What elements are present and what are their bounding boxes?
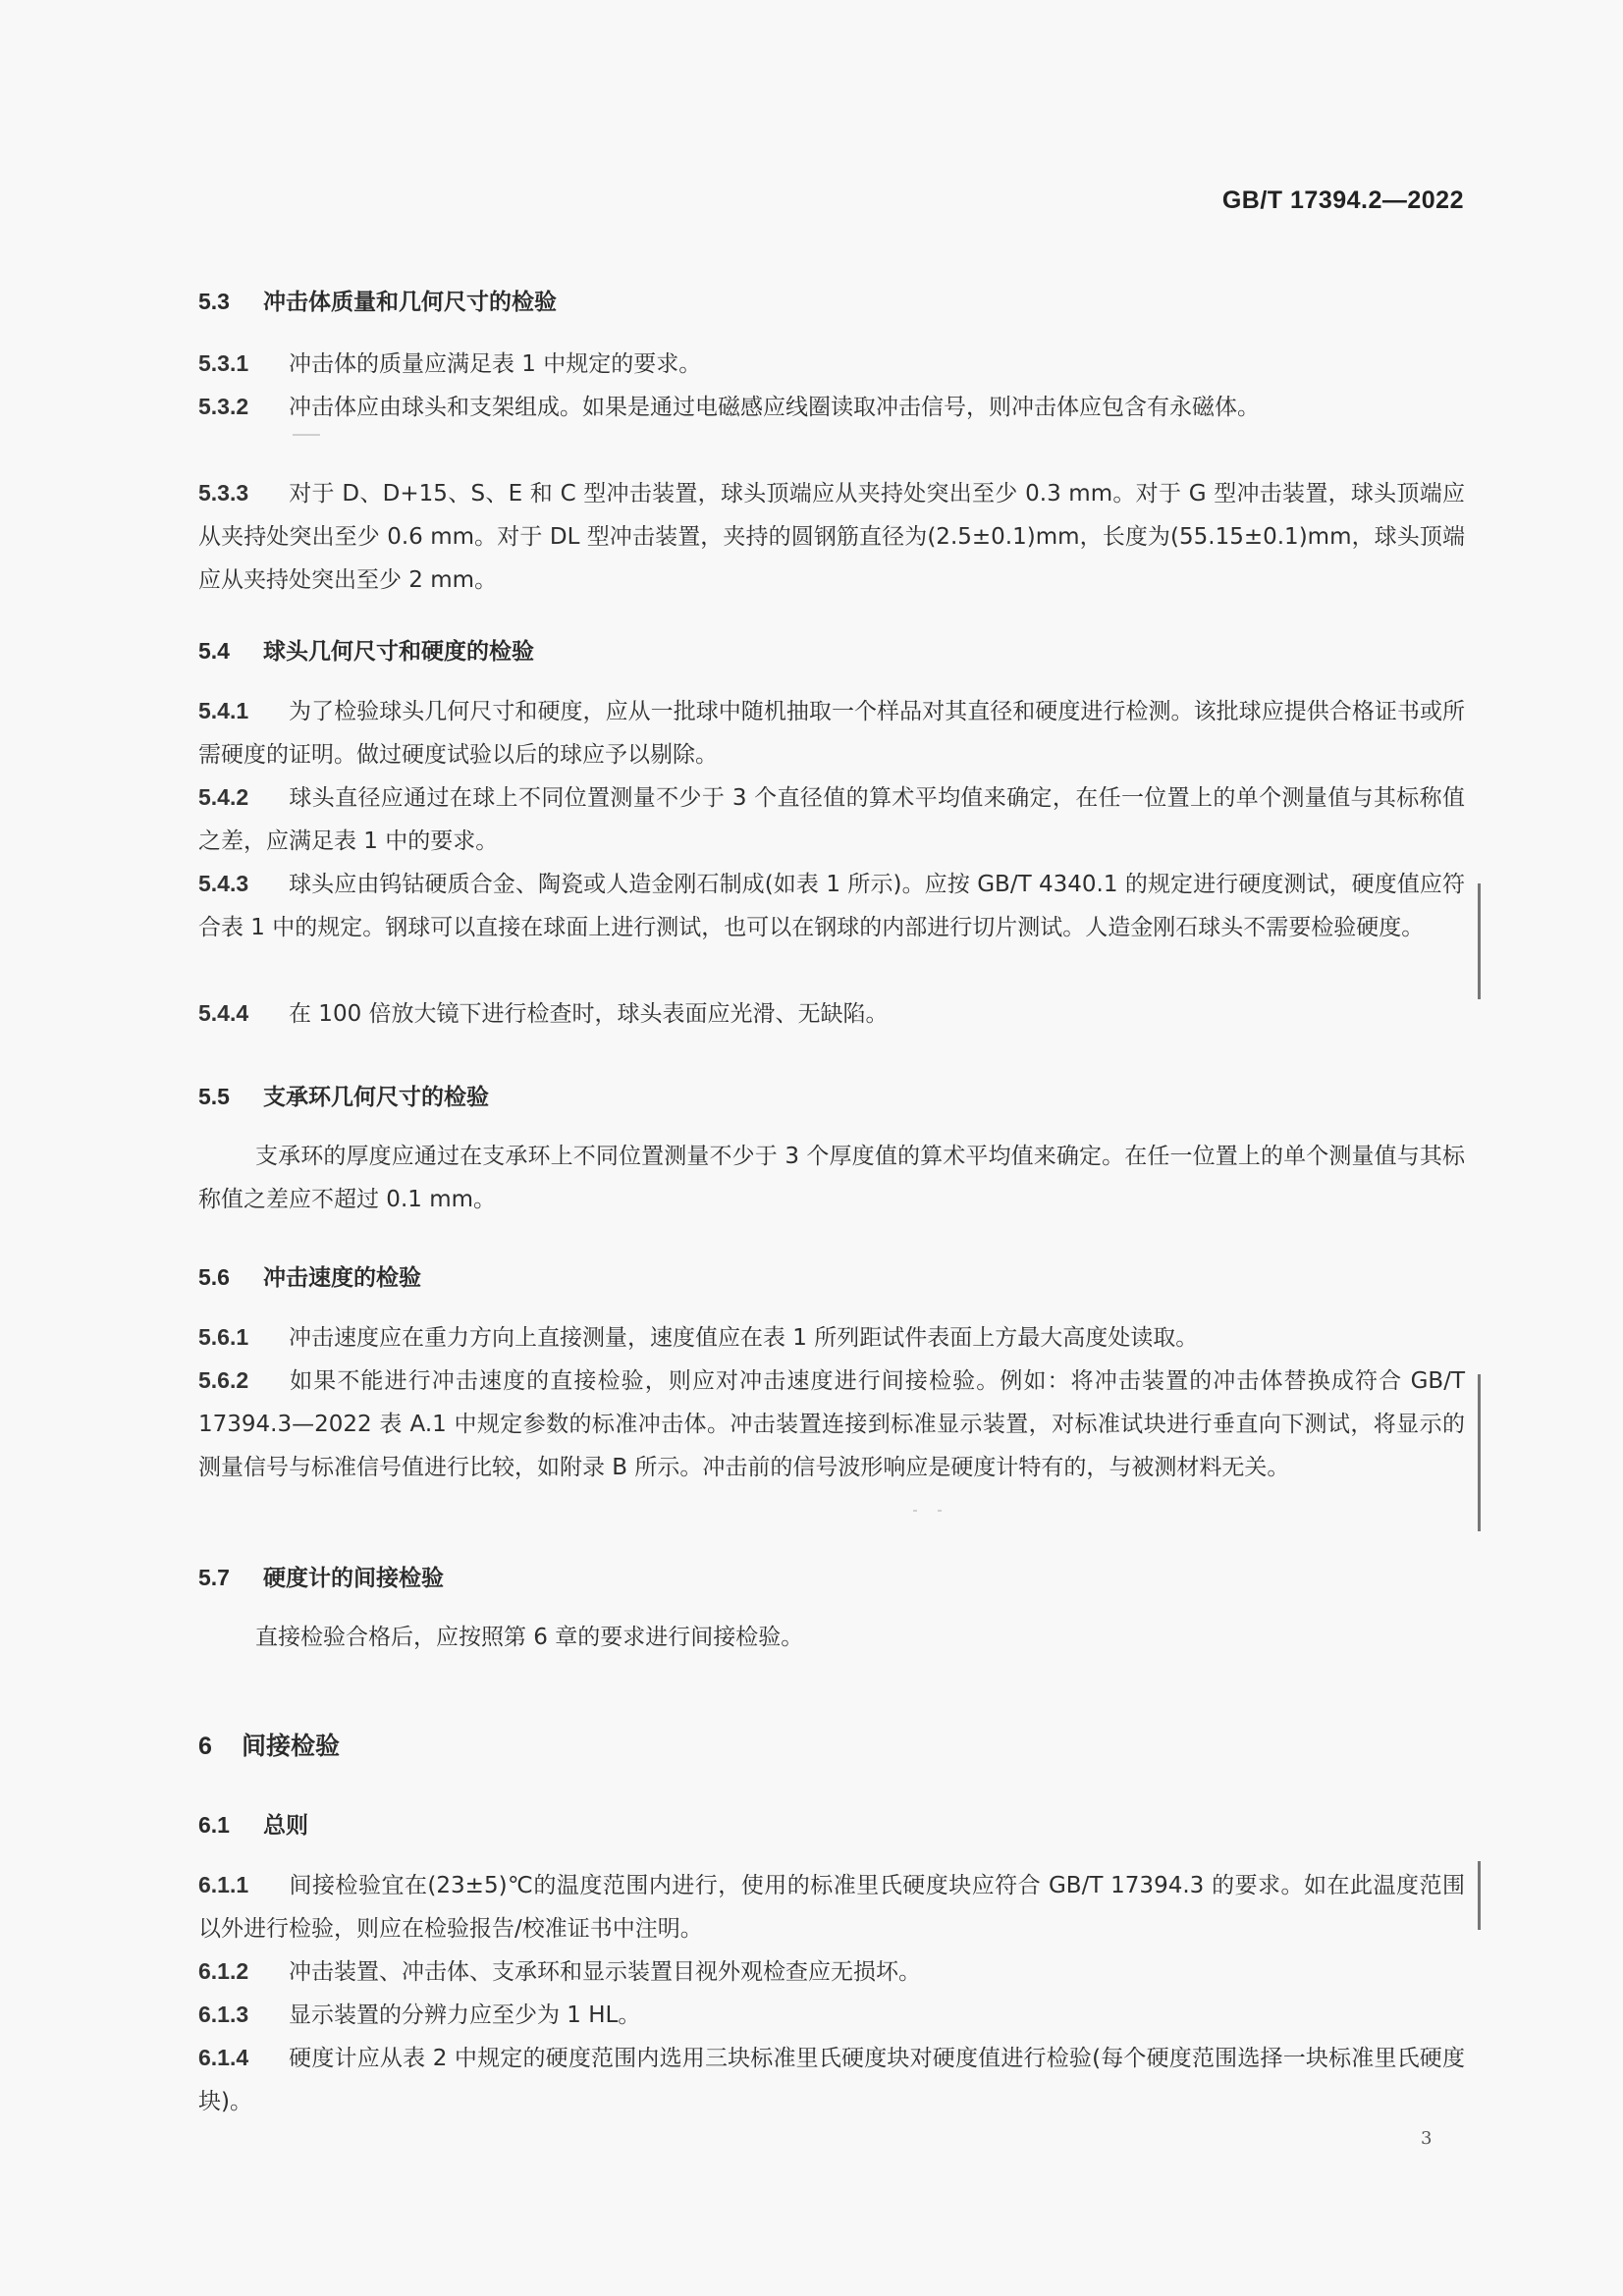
clause-number: 6.1.3 bbox=[198, 1993, 289, 2036]
clause-text: 对于 D、D+15、S、E 和 C 型冲击装置，球头顶端应从夹持处突出至少 0.… bbox=[198, 481, 1465, 593]
clause-text: 冲击装置、冲击体、支承环和显示装置目视外观检查应无损坏。 bbox=[289, 1959, 921, 1985]
clause-text: 如果不能进行冲击速度的直接检验，则应对冲击速度进行间接检验。例如：将冲击装置的冲… bbox=[198, 1368, 1465, 1480]
change-bar-5-6-2 bbox=[1478, 1374, 1481, 1531]
clause-6-1-2: 6.1.2冲击装置、冲击体、支承环和显示装置目视外观检查应无损坏。 bbox=[198, 1949, 1465, 1994]
clause-text: 冲击体应由球头和支架组成。如果是通过电磁感应线圈读取冲击信号，则冲击体应包含有永… bbox=[289, 395, 1260, 420]
clause-5-6-1: 5.6.1冲击速度应在重力方向上直接测量，速度值应在表 1 所列距试件表面上方最… bbox=[198, 1315, 1465, 1360]
section-heading-6-1: 6.1总则 bbox=[198, 1810, 308, 1841]
section-heading-5-6: 5.6冲击速度的检验 bbox=[198, 1262, 421, 1293]
section-heading-5-5: 5.5支承环几何尺寸的检验 bbox=[198, 1082, 489, 1112]
section-heading-5-3: 5.3冲击体质量和几何尺寸的检验 bbox=[198, 287, 557, 317]
clause-number: 5.4.1 bbox=[198, 689, 289, 732]
section-title: 硬度计的间接检验 bbox=[263, 1566, 444, 1591]
clause-5-4-3: 5.4.3球头应由钨钴硬质合金、陶瓷或人造金刚石制成(如表 1 所示)。应按 G… bbox=[198, 862, 1465, 949]
change-bar-6-1-1 bbox=[1478, 1861, 1481, 1930]
clause-number: 6.1.1 bbox=[198, 1863, 289, 1906]
section-title: 球头几何尺寸和硬度的检验 bbox=[263, 639, 534, 665]
section-5-7-body: 直接检验合格后，应按照第 6 章的要求进行间接检验。 bbox=[198, 1616, 1465, 1659]
page-number: 3 bbox=[1421, 2128, 1432, 2149]
clause-6-1-4: 6.1.4硬度计应从表 2 中规定的硬度范围内选用三块标准里氏硬度块对硬度值进行… bbox=[198, 2036, 1465, 2123]
clause-text: 间接检验宜在(23±5)℃的温度范围内进行，使用的标准里氏硬度块应符合 GB/T… bbox=[198, 1873, 1465, 1942]
scan-artifact bbox=[938, 1510, 942, 1512]
clause-text: 冲击速度应在重力方向上直接测量，速度值应在表 1 所列距试件表面上方最大高度处读… bbox=[289, 1325, 1198, 1351]
clause-5-4-2: 5.4.2球头直径应通过在球上不同位置测量不少于 3 个直径值的算术平均值来确定… bbox=[198, 775, 1465, 863]
section-number: 5.3 bbox=[198, 287, 263, 316]
section-heading-5-7: 5.7硬度计的间接检验 bbox=[198, 1563, 444, 1593]
clause-number: 5.3.3 bbox=[198, 471, 289, 514]
clause-number: 5.4.3 bbox=[198, 862, 289, 905]
scan-artifact bbox=[293, 434, 320, 436]
clause-text: 球头应由钨钴硬质合金、陶瓷或人造金刚石制成(如表 1 所示)。应按 GB/T 4… bbox=[198, 872, 1465, 940]
section-number: 5.6 bbox=[198, 1262, 263, 1292]
clause-text: 为了检验球头几何尺寸和硬度，应从一批球中随机抽取一个样品对其直径和硬度进行检测。… bbox=[198, 699, 1465, 768]
clause-5-6-2: 5.6.2如果不能进行冲击速度的直接检验，则应对冲击速度进行间接检验。例如：将冲… bbox=[198, 1359, 1465, 1489]
section-title: 总则 bbox=[263, 1813, 308, 1839]
chapter-heading-6: 6间接检验 bbox=[198, 1732, 340, 1761]
clause-number: 6.1.4 bbox=[198, 2036, 289, 2079]
section-number: 5.4 bbox=[198, 636, 263, 666]
clause-number: 5.4.2 bbox=[198, 775, 289, 819]
section-title: 冲击体质量和几何尺寸的检验 bbox=[263, 290, 557, 315]
clause-text: 球头直径应通过在球上不同位置测量不少于 3 个直径值的算术平均值来确定，在任一位… bbox=[198, 785, 1465, 854]
clause-text: 冲击体的质量应满足表 1 中规定的要求。 bbox=[289, 351, 701, 377]
clause-text: 硬度计应从表 2 中规定的硬度范围内选用三块标准里氏硬度块对硬度值进行检验(每个… bbox=[198, 2046, 1465, 2114]
section-title: 冲击速度的检验 bbox=[263, 1265, 421, 1291]
clause-number: 5.4.4 bbox=[198, 991, 289, 1035]
clause-6-1-1: 6.1.1间接检验宜在(23±5)℃的温度范围内进行，使用的标准里氏硬度块应符合… bbox=[198, 1863, 1465, 1950]
clause-number: 5.3.2 bbox=[198, 385, 289, 428]
section-title: 支承环几何尺寸的检验 bbox=[263, 1085, 489, 1110]
clause-5-4-1: 5.4.1为了检验球头几何尺寸和硬度，应从一批球中随机抽取一个样品对其直径和硬度… bbox=[198, 689, 1465, 776]
clause-number: 5.6.2 bbox=[198, 1359, 289, 1402]
section-number: 5.7 bbox=[198, 1563, 263, 1592]
section-number: 6.1 bbox=[198, 1810, 263, 1840]
change-bar-5-4-3 bbox=[1478, 883, 1481, 999]
clause-text: 在 100 倍放大镜下进行检查时，球头表面应光滑、无缺陷。 bbox=[289, 1001, 889, 1027]
clause-text: 显示装置的分辨力应至少为 1 HL。 bbox=[289, 2002, 640, 2028]
clause-number: 6.1.2 bbox=[198, 1949, 289, 1993]
clause-number: 5.6.1 bbox=[198, 1315, 289, 1359]
clause-number: 5.3.1 bbox=[198, 342, 289, 385]
section-number: 5.5 bbox=[198, 1082, 263, 1111]
scan-artifact bbox=[913, 1510, 917, 1512]
clause-5-3-3: 5.3.3对于 D、D+15、S、E 和 C 型冲击装置，球头顶端应从夹持处突出… bbox=[198, 471, 1465, 602]
clause-6-1-3: 6.1.3显示装置的分辨力应至少为 1 HL。 bbox=[198, 1993, 1465, 2037]
clause-5-4-4: 5.4.4在 100 倍放大镜下进行检查时，球头表面应光滑、无缺陷。 bbox=[198, 991, 1465, 1036]
section-heading-5-4: 5.4球头几何尺寸和硬度的检验 bbox=[198, 636, 534, 667]
clause-5-3-1: 5.3.1冲击体的质量应满足表 1 中规定的要求。 bbox=[198, 342, 1465, 386]
section-5-5-body: 支承环的厚度应通过在支承环上不同位置测量不少于 3 个厚度值的算术平均值来确定。… bbox=[198, 1135, 1465, 1221]
chapter-title: 间接检验 bbox=[242, 1732, 340, 1760]
clause-5-3-2: 5.3.2冲击体应由球头和支架组成。如果是通过电磁感应线圈读取冲击信号，则冲击体… bbox=[198, 385, 1465, 429]
page-header: GB/T 17394.2—2022 bbox=[1222, 187, 1464, 215]
chapter-number: 6 bbox=[198, 1732, 242, 1761]
